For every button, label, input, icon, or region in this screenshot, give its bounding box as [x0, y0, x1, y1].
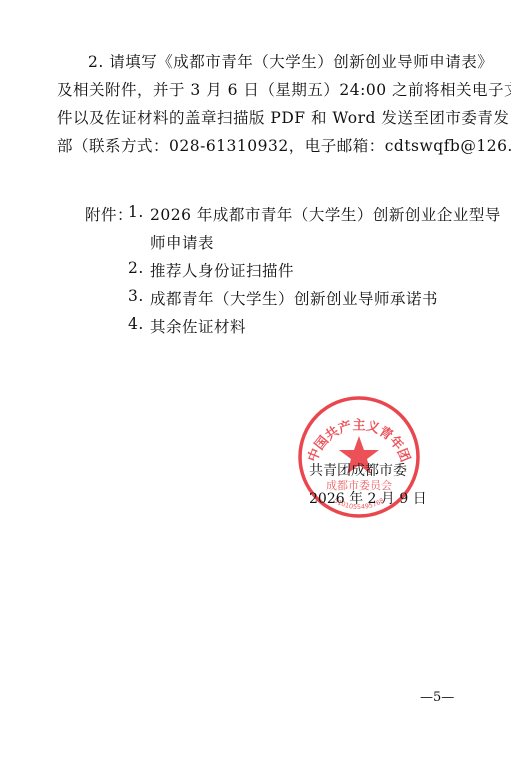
attachment-1-number: 1. [128, 203, 144, 221]
attachment-4-text: 其余佐证材料 [150, 315, 246, 337]
paragraph-line-2: 及相关附件，并于 3 月 6 日（星期五）24:00 之前将相关电子文 [57, 78, 511, 100]
attachments-label: 附件： [85, 203, 133, 225]
attachment-2-text: 推荐人身份证扫描件 [150, 259, 294, 281]
attachment-1-text-cont: 师申请表 [150, 231, 214, 253]
signature-date: 2026 年 2 月 9 日 [309, 488, 427, 508]
attachment-3-number: 3. [128, 287, 144, 305]
page-number: —5— [420, 690, 454, 705]
attachment-4-number: 4. [128, 315, 144, 333]
paragraph-line-4: 部（联系方式：028-61310932，电子邮箱：cdtswqfb@126.co… [57, 134, 511, 156]
signature-organization: 共青团成都市委 [309, 460, 407, 480]
attachment-1-text: 2026 年成都市青年（大学生）创新创业企业型导 [150, 203, 501, 225]
attachment-3-text: 成都青年（大学生）创新创业导师承诺书 [150, 287, 438, 309]
paragraph-line-3: 件以及佐证材料的盖章扫描版 PDF 和 Word 发送至团市委青发 [57, 106, 509, 128]
attachment-2-number: 2. [128, 259, 144, 277]
paragraph-line-1: 2. 请填写《成都市青年（大学生）创新创业导师申请表》 [88, 50, 493, 72]
